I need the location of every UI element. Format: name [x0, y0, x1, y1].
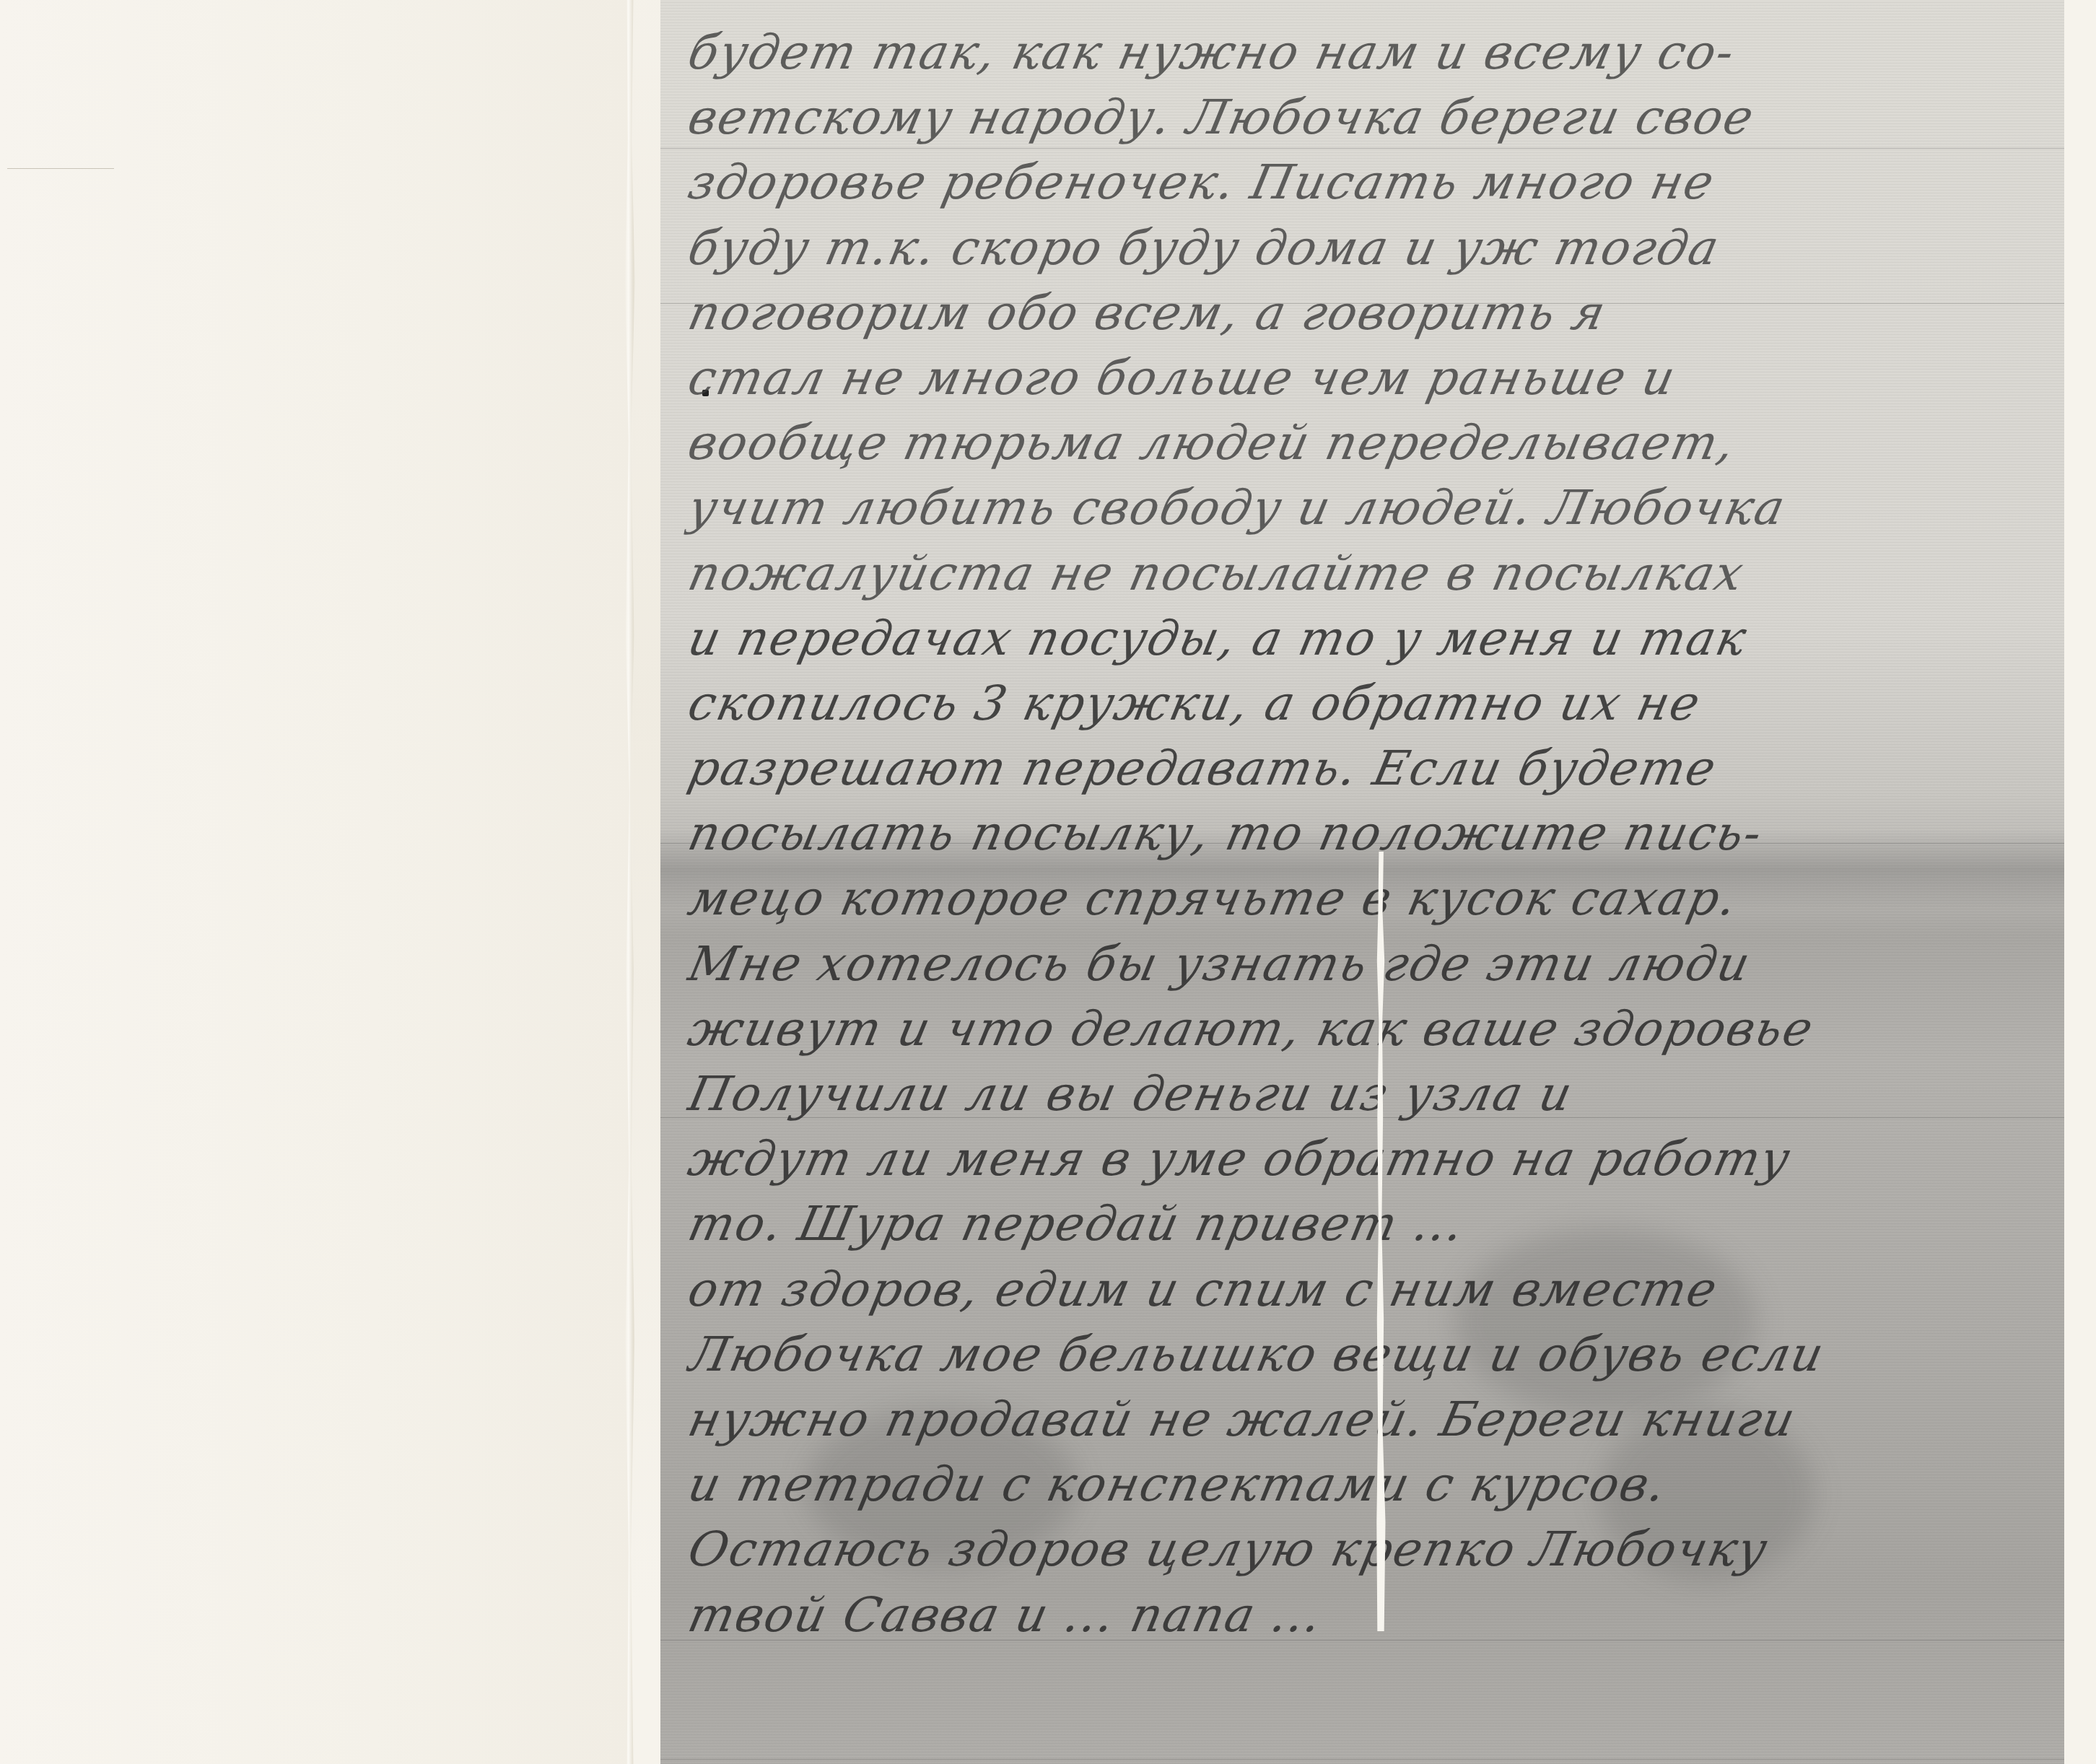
- letter-line: вообще тюрьма людей переделывает,: [682, 411, 2082, 476]
- letter-line: разрешают передавать. Если будете: [682, 736, 2082, 801]
- letter-line: скопилось 3 кружки, а обратно их не: [682, 671, 2082, 736]
- pencil-rule-mark: [7, 168, 114, 169]
- letter-line: будет так, как нужно нам и всему со-: [682, 20, 2082, 85]
- letter-line: пожалуйста не посылайте в посылках: [682, 541, 2082, 606]
- letter-line: поговорим обо всем, а говорить я: [682, 281, 2082, 346]
- letter-line: ветскому народу. Любочка береги свое: [682, 85, 2082, 150]
- ruled-line: [660, 1759, 2064, 1760]
- letter-line: и передачах посуды, а то у меня и так: [682, 606, 2082, 671]
- letter-line: стал не много больше чем раньше и: [682, 346, 2082, 411]
- letter-line: буду т.к. скоро буду дома и уж тогда: [682, 216, 2082, 281]
- letter-line: то. Шура передай привет ...: [682, 1192, 2082, 1257]
- letter-line: здоровье ребеночек. Писать много не: [682, 150, 2082, 215]
- blank-left-page: [0, 0, 629, 1764]
- letter-line: учит любить свободу и людей. Любочка: [682, 476, 2082, 541]
